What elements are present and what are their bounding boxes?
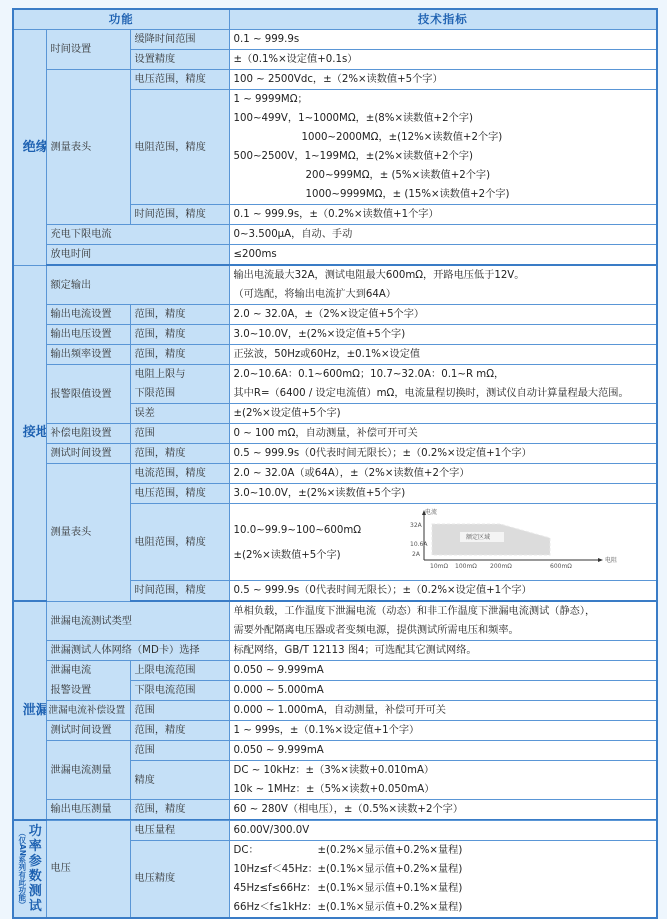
row-value: 0.000 ~ 5.000mA: [229, 681, 657, 701]
table-row: 泄漏电流测试 泄漏电流测试类型 单相负载，工作温度下泄漏电流（动态）和非工作温度…: [13, 601, 657, 621]
row-sublabel: 电阻范围，精度: [130, 504, 229, 581]
row-sublabel: 时间范围，精度: [130, 205, 229, 225]
row-value: 输出电流最大32A，测试电阻最大600mΩ，开路电压低于12V。: [229, 265, 657, 285]
svg-text:额定区域: 额定区域: [466, 533, 490, 541]
row-value: 200~999MΩ，± (5%×读数值+2个字): [229, 166, 657, 185]
row-value: 10.0~99.9~100~600mΩ ±(2%×读数值+5个字) 电流 电阻 …: [229, 504, 657, 581]
table-row: 测量表头 电压范围，精度 100 ~ 2500Vdc，±（2%×读数值+5个字）: [13, 70, 657, 90]
row-sublabel: 范围: [130, 741, 229, 761]
row-label: 测量表头: [46, 70, 130, 225]
row-label: 泄漏电流: [46, 661, 130, 681]
row-value: 需要外配隔离电压器或者变频电源，提供测试所需电压和频率。: [229, 621, 657, 641]
current-resistance-mini-chart: 电流 电阻 32A 10.6A 2A 10mΩ 100mΩ 200mΩ 600m…: [410, 508, 625, 572]
row-value: 0.1 ~ 999.9s，±（0.2%×读数值+1个字）: [229, 205, 657, 225]
svg-text:32A: 32A: [410, 522, 423, 529]
row-label: 泄漏电流补偿设置: [46, 701, 130, 721]
row-sublabel: 缓降时间范围: [130, 30, 229, 50]
svg-text:10.6A: 10.6A: [410, 541, 428, 548]
row-label: 报警限值设置: [46, 365, 130, 424]
table-row: 补偿电阻设置 范围 0 ~ 100 mΩ，自动测量，补偿可开可关: [13, 424, 657, 444]
table-row: （仅AN系列有此功能） 功率参数测试 电压 电压量程 60.00V/300.0V: [13, 820, 657, 840]
table-row: 充电下限电流 0~3.500μA，自动、手动: [13, 225, 657, 245]
row-value: 单相负载，工作温度下泄漏电流（动态）和非工作温度下泄漏电流测试（静态），: [229, 601, 657, 621]
row-sublabel: 电压范围，精度: [130, 70, 229, 90]
row-value: 0.1 ~ 999.9s: [229, 30, 657, 50]
row-value: 2.0 ~ 32.0A，±（2%×设定值+5个字）: [229, 305, 657, 325]
row-sublabel: 电压量程: [130, 820, 229, 840]
row-sublabel: 电流范围，精度: [130, 464, 229, 484]
power-section-title: 功率参数测试: [29, 824, 42, 880]
row-sublabel: 设置精度: [130, 50, 229, 70]
row-value: （可选配，将输出电流扩大到64A）: [229, 285, 657, 305]
row-sublabel: 范围，精度: [130, 345, 229, 365]
row-value: ±（0.1%×设定值+0.1s）: [229, 50, 657, 70]
row-sublabel: 范围，精度: [130, 444, 229, 464]
section-ground: 接地电阻测试: [13, 265, 46, 601]
row-value: 10Hz≤f＜45Hz：±(0.1%×显示值+0.2%×量程): [229, 860, 657, 879]
table-row: 输出电流设置 范围，精度 2.0 ~ 32.0A，±（2%×设定值+5个字）: [13, 305, 657, 325]
row-sublabel: 范围，精度: [130, 325, 229, 345]
row-label: 放电时间: [46, 245, 229, 266]
table-row: 泄漏电流补偿设置 范围 0.000 ~ 1.000mA，自动测量，补偿可开可关: [13, 701, 657, 721]
row-value: 0.5 ~ 999.9s（0代表时间无限长）；±（0.2%×设定值+1个字）: [229, 581, 657, 602]
spec-table: 功能 技术指标 绝缘电阻测试 时间设置 缓降时间范围 0.1 ~ 999.9s …: [12, 8, 658, 880]
section-power: （仅AN系列有此功能） 功率参数测试: [13, 820, 46, 880]
row-value: 500~2500V，1~199MΩ，±(2%×读数值+2个字): [229, 147, 657, 166]
row-label: 输出电压设置: [46, 325, 130, 345]
row-value: 0.5 ~ 999.9s（0代表时间无限长）；±（0.2%×设定值+1个字）: [229, 444, 657, 464]
row-value: 其中R=（6400 / 设定电流值）mΩ，电流量程切换时，测试仪自动计算量程最大…: [229, 384, 657, 404]
row-sublabel: 下限范围: [130, 384, 229, 404]
row-label: 泄漏测试人体网络（MD卡）选择: [46, 641, 229, 661]
row-label: 输出电压测量: [46, 800, 130, 821]
table-row: 报警限值设置 电阻上限与 2.0~10.6A：0.1~600mΩ；10.7~32…: [13, 365, 657, 385]
row-label: 测量表头: [46, 464, 130, 602]
row-value: DC ~ 10kHz：±（3%×读数+0.010mA）: [229, 761, 657, 781]
row-sublabel: 上限电流范围: [130, 661, 229, 681]
row-value: 0 ~ 100 mΩ，自动测量，补偿可开可关: [229, 424, 657, 444]
row-value: 60.00V/300.0V: [229, 820, 657, 840]
svg-text:100mΩ: 100mΩ: [455, 563, 477, 570]
row-value: 0.000 ~ 1.000mA，自动测量，补偿可开可关: [229, 701, 657, 721]
row-value: DC：±(0.2%×显示值+0.2%×量程): [229, 840, 657, 860]
table-row: 泄漏测试人体网络（MD卡）选择 标配网络，GB/T 12113 图4；可选配其它…: [13, 641, 657, 661]
row-value: 1 ~ 9999MΩ；: [229, 90, 657, 110]
row-sublabel: 电阻范围，精度: [130, 90, 229, 205]
row-value: 1000~9999MΩ，± (15%×读数值+2个字): [229, 185, 657, 205]
row-value: 3.0~10.0V，±(2%×读数值+5个字): [229, 484, 657, 504]
section-leakage: 泄漏电流测试: [13, 601, 46, 820]
row-value: ≤200ms: [229, 245, 657, 266]
row-value: 0~3.500μA，自动、手动: [229, 225, 657, 245]
row-sublabel: 精度: [130, 761, 229, 800]
row-value: 正弦波，50Hz或60Hz，±0.1%×设定值: [229, 345, 657, 365]
row-sublabel: 范围，精度: [130, 800, 229, 821]
table-row: 输出电压设置 范围，精度 3.0~10.0V，±(2%×设定值+5个字): [13, 325, 657, 345]
row-label: 充电下限电流: [46, 225, 229, 245]
row-value: 0.050 ~ 9.999mA: [229, 661, 657, 681]
row-label: 输出电流设置: [46, 305, 130, 325]
table-row: 输出频率设置 范围，精度 正弦波，50Hz或60Hz，±0.1%×设定值: [13, 345, 657, 365]
row-value: 2.0~10.6A：0.1~600mΩ；10.7~32.0A：0.1~R mΩ，: [229, 365, 657, 385]
row-value: 100 ~ 2500Vdc，±（2%×读数值+5个字）: [229, 70, 657, 90]
svg-text:600mΩ: 600mΩ: [550, 563, 572, 570]
row-value: 1 ~ 999s，±（0.1%×设定值+1个字）: [229, 721, 657, 741]
svg-text:2A: 2A: [412, 551, 421, 558]
row-label: 补偿电阻设置: [46, 424, 130, 444]
row-value: 60 ~ 280V（相电压），±（0.5%×读数+2个字）: [229, 800, 657, 821]
row-value: 标配网络，GB/T 12113 图4；可选配其它测试网络。: [229, 641, 657, 661]
svg-text:10mΩ: 10mΩ: [430, 563, 448, 570]
row-value: 1000~2000MΩ，±(12%×读数值+2个字): [229, 128, 657, 147]
section-insulation: 绝缘电阻测试: [13, 30, 46, 266]
row-label: 时间设置: [46, 30, 130, 70]
row-label: 测试时间设置: [46, 721, 130, 741]
row-value: 0.050 ~ 9.999mA: [229, 741, 657, 761]
row-sublabel: 电阻上限与: [130, 365, 229, 385]
row-sublabel: 电压精度: [130, 840, 229, 880]
row-value: 100~499V，1~1000MΩ，±(8%×读数值+2个字): [229, 109, 657, 128]
table-row: 放电时间 ≤200ms: [13, 245, 657, 266]
row-label: 泄漏电流测量: [46, 741, 130, 800]
row-sublabel: 范围，精度: [130, 721, 229, 741]
table-row: 测试时间设置 范围，精度 1 ~ 999s，±（0.1%×设定值+1个字）: [13, 721, 657, 741]
row-sublabel: 范围: [130, 701, 229, 721]
row-sublabel: 误差: [130, 404, 229, 424]
row-label: 输出频率设置: [46, 345, 130, 365]
row-label: 额定输出: [46, 265, 229, 305]
row-sublabel: 范围，精度: [130, 305, 229, 325]
table-row: 测量表头 电流范围，精度 2.0 ~ 32.0A（或64A），±（2%×读数值+…: [13, 464, 657, 484]
row-value: 2.0 ~ 32.0A（或64A），±（2%×读数值+2个字）: [229, 464, 657, 484]
table-row: 绝缘电阻测试 时间设置 缓降时间范围 0.1 ~ 999.9s: [13, 30, 657, 50]
table-row: 报警设置 下限电流范围 0.000 ~ 5.000mA: [13, 681, 657, 701]
table-row: 接地电阻测试 额定输出 输出电流最大32A，测试电阻最大600mΩ，开路电压低于…: [13, 265, 657, 285]
row-sublabel: 时间范围，精度: [130, 581, 229, 602]
spec-header: 技术指标: [229, 9, 657, 30]
spec-sheet: 功能 技术指标 绝缘电阻测试 时间设置 缓降时间范围 0.1 ~ 999.9s …: [12, 8, 656, 880]
row-sublabel: 下限电流范围: [130, 681, 229, 701]
table-header: 功能 技术指标: [13, 9, 657, 30]
svg-text:电阻: 电阻: [605, 556, 617, 564]
function-header: 功能: [13, 9, 229, 30]
table-row: 泄漏电流 上限电流范围 0.050 ~ 9.999mA: [13, 661, 657, 681]
table-row: 测试时间设置 范围，精度 0.5 ~ 999.9s（0代表时间无限长）；±（0.…: [13, 444, 657, 464]
svg-text:电流: 电流: [425, 508, 437, 516]
table-row: 泄漏电流测量 范围 0.050 ~ 9.999mA: [13, 741, 657, 761]
row-label: 泄漏电流测试类型: [46, 601, 229, 641]
row-label: 电压: [46, 820, 130, 880]
row-sublabel: 电压范围，精度: [130, 484, 229, 504]
row-value: ±(2%×设定值+5个字): [229, 404, 657, 424]
row-sublabel: 范围: [130, 424, 229, 444]
row-label: 报警设置: [46, 681, 130, 701]
row-value: 10k ~ 1MHz：±（5%×读数+0.050mA）: [229, 780, 657, 800]
row-value: 3.0~10.0V，±(2%×设定值+5个字): [229, 325, 657, 345]
table-row: 输出电压测量 范围，精度 60 ~ 280V（相电压），±（0.5%×读数+2个…: [13, 800, 657, 821]
power-availability-note: （仅AN系列有此功能）: [18, 829, 27, 880]
row-label: 测试时间设置: [46, 444, 130, 464]
svg-text:200mΩ: 200mΩ: [490, 563, 512, 570]
